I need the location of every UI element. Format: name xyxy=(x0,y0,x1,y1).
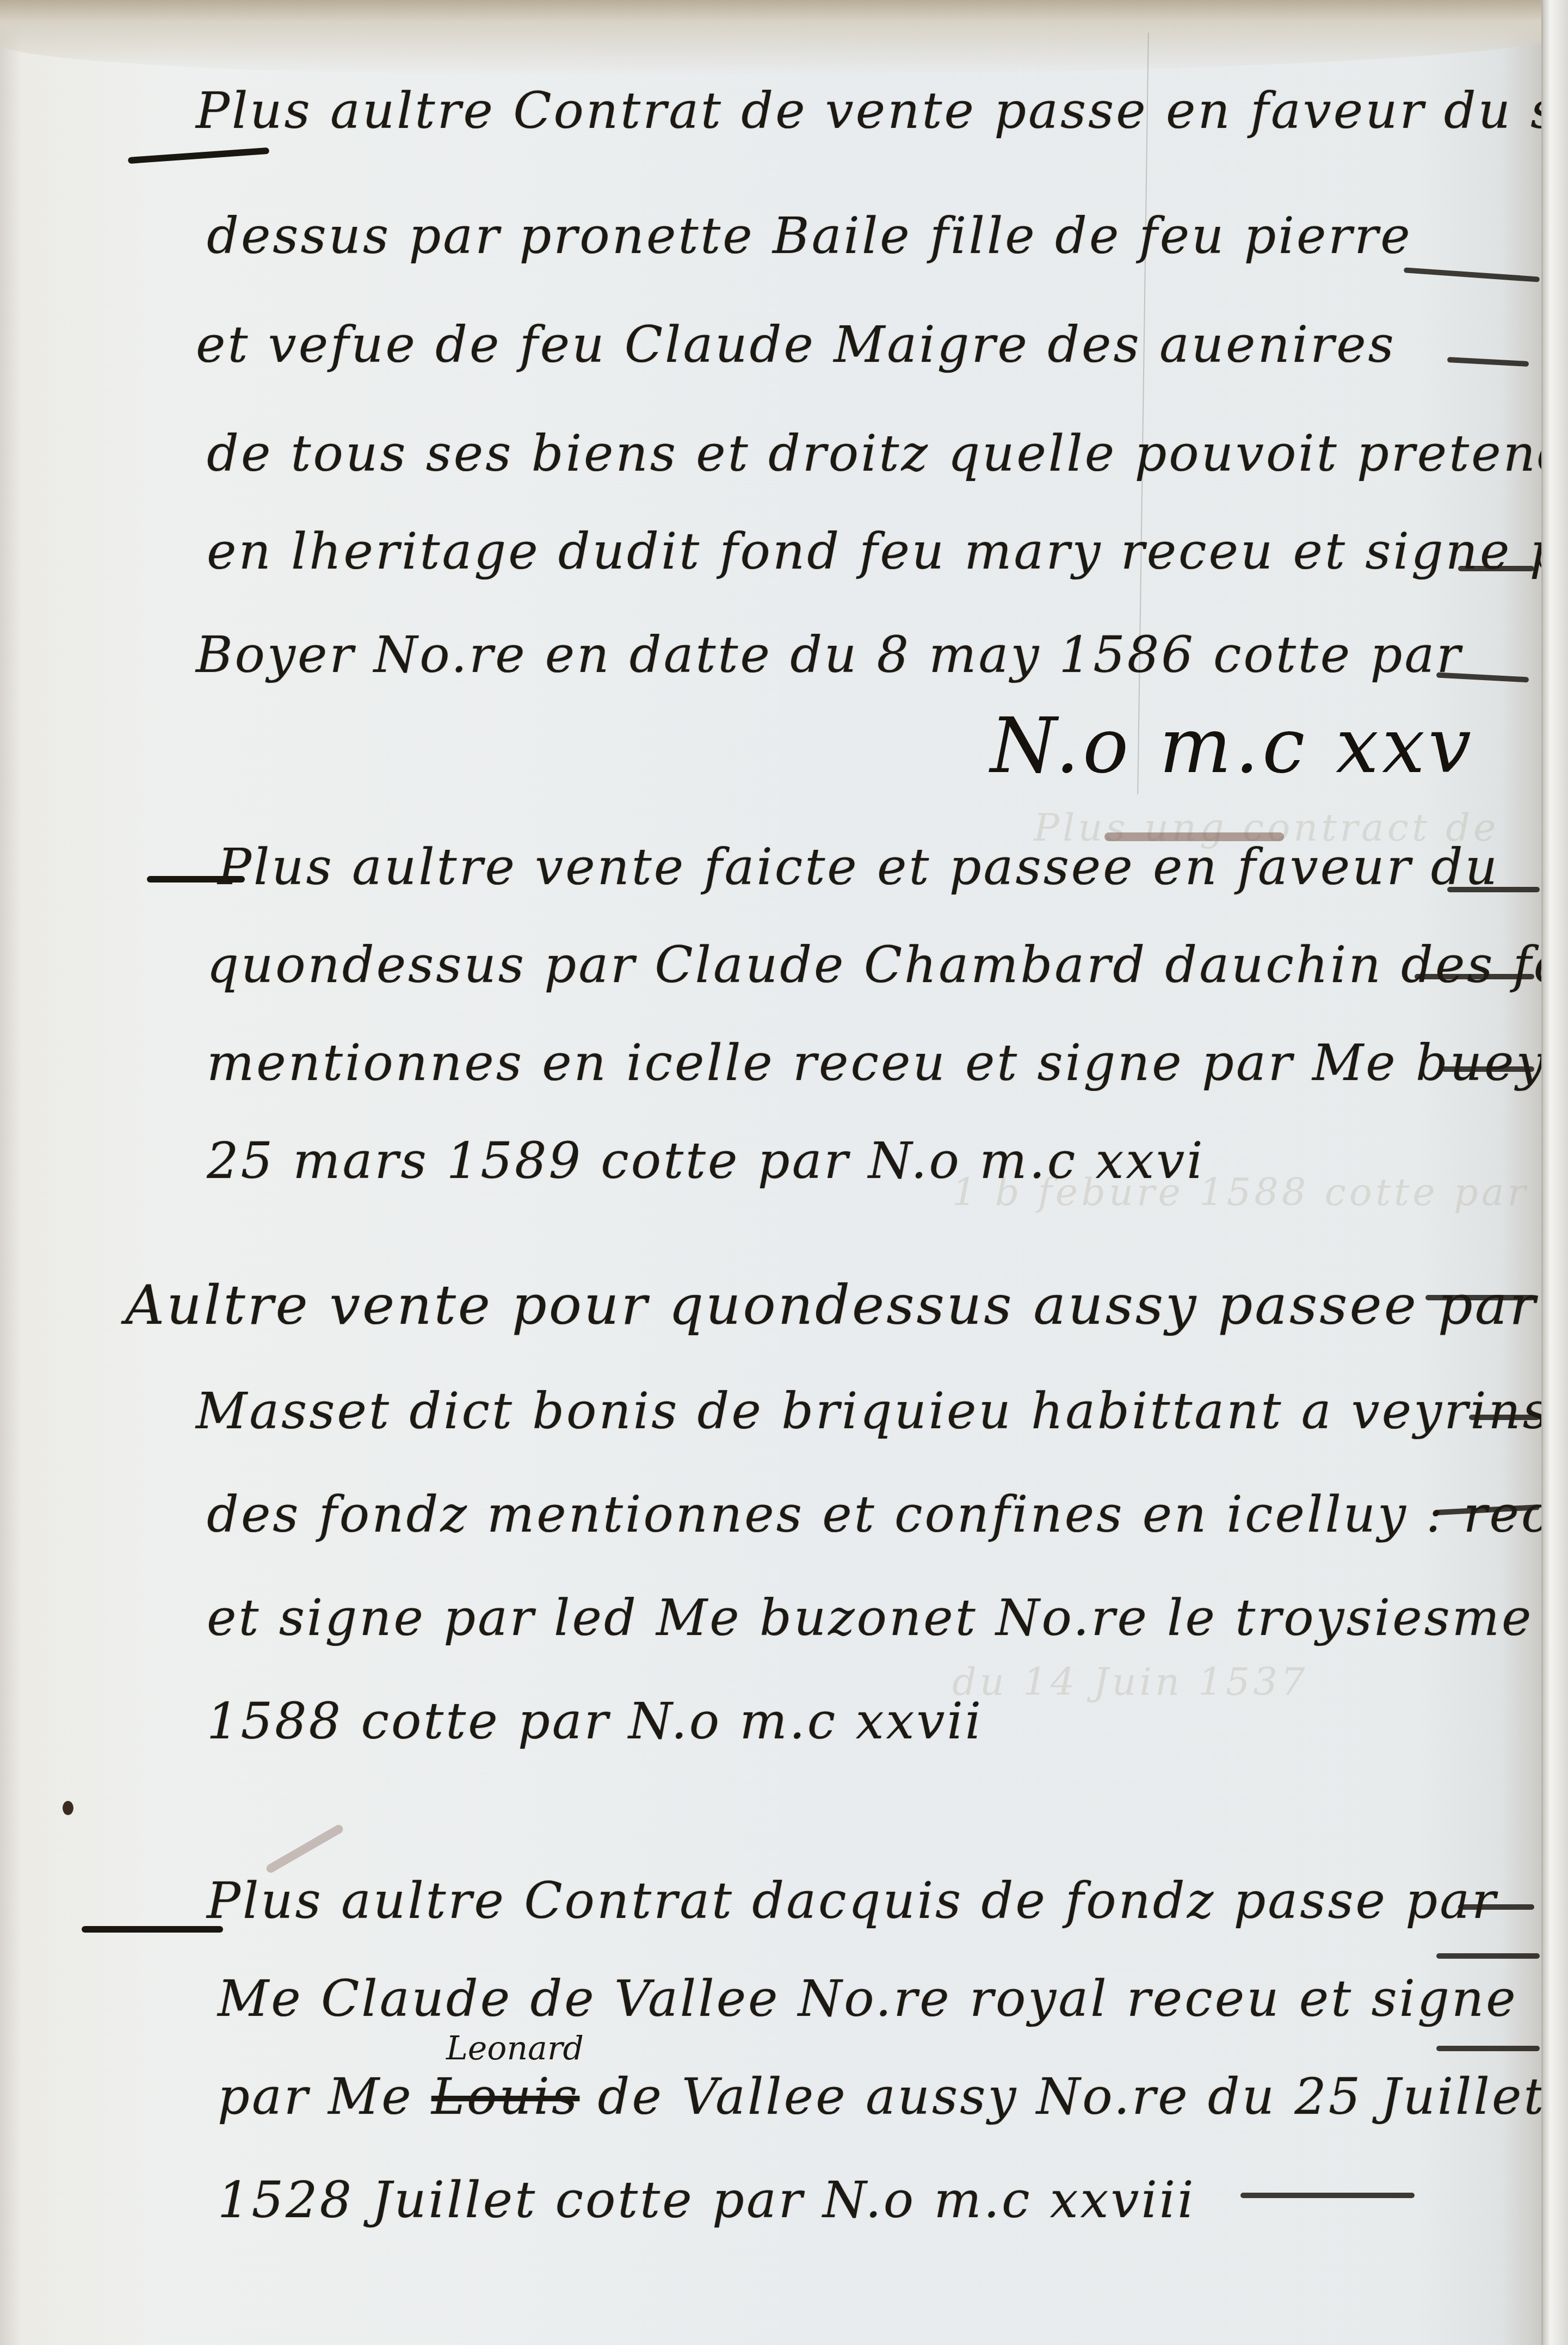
entry-3-line-4: et signe par led Me buzonet No.re le tro… xyxy=(207,1589,1568,1647)
line-filler-dash xyxy=(1447,887,1540,892)
entry-lead-stroke xyxy=(128,147,269,164)
line-filler-dash xyxy=(1442,1066,1534,1072)
entry-2-line-2: quondessus par Claude Chambard dauchin d… xyxy=(207,936,1568,994)
entry-1-line-3: et vefue de feu Claude Maigre des auenir… xyxy=(196,316,1396,374)
inserted-correction: Leonard xyxy=(446,2029,584,2068)
entry-4-line-4: 1528 Juillet cotte par N.o m.c xxviii xyxy=(218,2171,1196,2229)
entry-4-line-1: Plus aultre Contrat dacquis de fondz pas… xyxy=(207,1872,1498,1930)
entry-4-line-2: Me Claude de Vallee No.re royal receu et… xyxy=(218,1970,1518,2028)
ink-blot xyxy=(63,1801,73,1815)
entry-2-line-3: mentionnes en icelle receu et signe par … xyxy=(207,1034,1568,1092)
entry-1-line-6: Boyer No.re en datte du 8 may 1586 cotte… xyxy=(196,626,1462,684)
entry-4-line-3: par Me Louis de Vallee aussy No.re du 25… xyxy=(218,2068,1546,2126)
line-filler-dash xyxy=(1436,1953,1540,1959)
entry-1-line-2: dessus par pronette Baile fille de feu p… xyxy=(207,207,1412,265)
entry-3-line-5: 1588 cotte par N.o m.c xxvii xyxy=(207,1692,983,1750)
struck-word: Louis xyxy=(431,2068,579,2126)
entry-2-line-1: Plus aultre vente faicte et passee en fa… xyxy=(218,838,1499,896)
entry-1-reference-number: N.o m.c xxv xyxy=(990,702,1474,791)
ink-stain xyxy=(265,1823,345,1874)
entry-3-line-2: Masset dict bonis de briquieu habittant … xyxy=(196,1382,1551,1440)
bleed-through-text: du 14 Juin 1537 xyxy=(952,1659,1308,1704)
entry-3-line-3: des fondz mentionnes et confines en icel… xyxy=(207,1485,1568,1544)
text-segment: par Me xyxy=(218,2068,413,2126)
text-segment: de Vallee aussy No.re du 25 Juillet xyxy=(598,2068,1546,2126)
entry-1-line-4: de tous ses biens et droitz quelle pouvo… xyxy=(207,424,1568,483)
line-filler-dash xyxy=(1415,974,1534,979)
entry-1-line-5: en lheritage dudit fond feu mary receu e… xyxy=(207,522,1568,581)
entry-lead-stroke xyxy=(82,1926,223,1933)
entry-3-line-1: Aultre vente pour quondessus aussy passe… xyxy=(125,1273,1568,1337)
manuscript-page: Plus ung contract de 1 b febure 1588 cot… xyxy=(0,0,1568,2345)
line-filler-dash xyxy=(1425,1295,1534,1300)
line-filler-dash xyxy=(1240,2193,1415,2198)
entry-2-line-4: 25 mars 1589 cotte par N.o m.c xxvi xyxy=(207,1132,1205,1190)
line-filler-dash xyxy=(1458,1904,1534,1910)
line-filler-dash xyxy=(1436,2046,1540,2051)
line-filler-dash xyxy=(1404,267,1540,282)
line-filler-dash xyxy=(1447,357,1529,367)
line-filler-dash xyxy=(1469,1415,1540,1420)
entry-1-line-1: Plus aultre Contrat de vente passe en fa… xyxy=(196,82,1568,140)
line-filler-dash xyxy=(1458,566,1534,571)
